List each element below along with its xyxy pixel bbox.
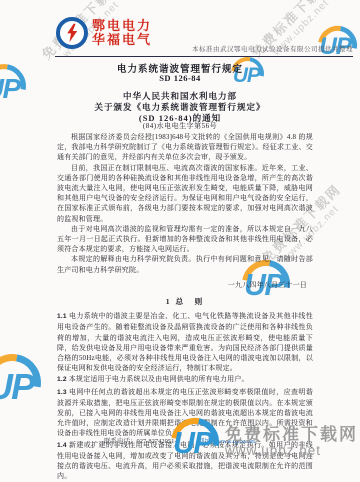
- clause-1-1: 1.1 电力系统中的谐波主要是冶金、化工、电气化铁路等换流设备及其他非线性用电设…: [57, 311, 313, 373]
- up-logo-swoosh: [0, 343, 53, 422]
- provider-note: 本标准由武汉鄂电电力试验设备有限公司提供并整理: [192, 44, 353, 53]
- notice-title-line2: 关于颁发《电力系统谐波管理暂行规定》: [0, 102, 360, 113]
- up-logo-icon: UP: [169, 416, 221, 466]
- footer-brand-text: 免费标准下载网 www.upbz.net: [225, 426, 358, 458]
- clause-text: 电力系统中的谐波主要是冶金、化工、电气化铁路等换流设备及其他非线性用电设备产生的…: [57, 312, 313, 372]
- clause-number: 1.2: [57, 376, 67, 383]
- company-logo: 鄂电电力 华福电气: [56, 17, 152, 49]
- brand-name: 免费标准下载网: [225, 426, 358, 444]
- company-name-line2: 华福电气: [92, 33, 152, 47]
- doc-code: SD 126-84: [0, 73, 360, 83]
- header-rule: [55, 56, 353, 57]
- footer-phone: 联系电话：027-82742051: [104, 438, 174, 445]
- up-logo-icon: UP: [0, 352, 44, 414]
- preamble-paragraph: 本规定的解释由电力科学研究院负责。执行中有何问题和意见，请随时告部生产司和电力科…: [57, 254, 313, 274]
- clause-text: 本规定适用于电力系统以及由电网供电的所有电力用户。: [69, 375, 249, 383]
- preamble-paragraph: 目前，我国正在制订限制电压、电流高次谐波的国家标准。近年来，工业、交通各部门使用…: [57, 163, 313, 224]
- company-name-line1: 鄂电电力: [92, 19, 152, 33]
- lightning-bolt-glyph: [62, 22, 82, 44]
- issue-date: 一九八四年八月三十一日: [57, 280, 307, 290]
- preamble-paragraph: 根据国家经济委员会经授[1983]648号文批转的《全国供用电规则》4.8 的规…: [57, 132, 313, 163]
- clause-number: 1.4: [57, 442, 67, 449]
- doc-number: (84)水电电生字第56号: [0, 121, 360, 131]
- lightning-bolt-icon: [56, 17, 88, 49]
- clause-1-2: 1.2 本规定适用于电力系统以及由电网供电的所有电力用户。: [57, 374, 313, 385]
- brand-url: www.upbz.net: [225, 444, 358, 458]
- document-page: 免费标准下载网 www.upbz.net 免费标准下载网 www.upbz.ne…: [0, 0, 360, 466]
- notice-title: 中华人民共和国水利电力部 关于颁发《电力系统谐波管理暂行规定》 (SD 126-…: [0, 91, 360, 124]
- footer-brand: UP 免费标准下载网 www.upbz.net: [169, 416, 358, 466]
- clause-number: 1.1: [57, 313, 67, 320]
- preamble-paragraph: 由于对电网高次谐波的监视和管理均需有一定的准备，所以本规定自一九八五年一月一日起…: [57, 224, 313, 255]
- watermark-text: 免费标准下载网 www.upbz.net: [247, 0, 342, 69]
- notice-title-line1: 中华人民共和国水利电力部: [0, 91, 360, 102]
- clause-number: 1.3: [57, 389, 67, 396]
- company-logo-text: 鄂电电力 华福电气: [92, 19, 152, 47]
- section-heading: 1 总 则: [57, 297, 313, 307]
- up-logo-swoosh: [162, 409, 229, 466]
